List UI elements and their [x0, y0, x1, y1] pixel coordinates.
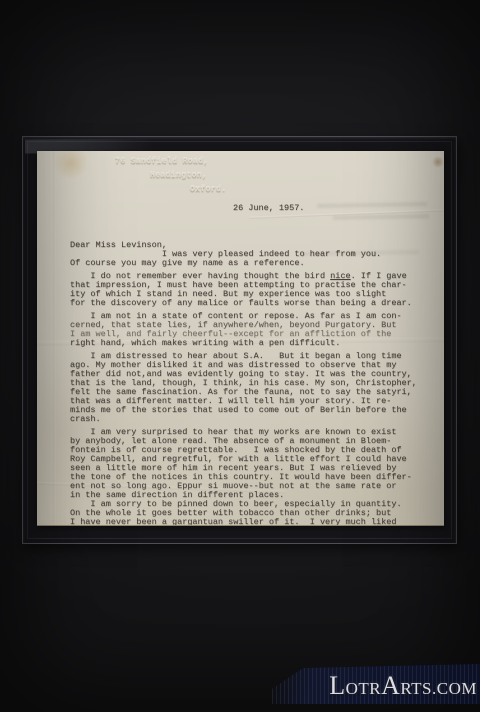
paragraph: Dear Miss Levinson, I was very pleased i… [70, 241, 438, 268]
ink-showthrough [333, 214, 429, 220]
photograph-stage: 76 Sandfield Road, Headington, Oxford. 2… [0, 0, 480, 720]
body-line: I am well, and fairly cheerful--except f… [70, 330, 438, 339]
letter-paper: 76 Sandfield Road, Headington, Oxford. 2… [37, 151, 444, 526]
watermark-text: LotrArts.com [329, 673, 477, 699]
body-line: Of course you may give my name as a refe… [70, 259, 438, 268]
watermark-text-part: L [329, 671, 345, 700]
ink-showthrough [317, 202, 427, 208]
watermark-text-part: otr [346, 679, 382, 698]
date-line: 26 June, 1957. [233, 203, 304, 213]
letter-body: Dear Miss Levinson, I was very pleased i… [70, 241, 438, 526]
paragraph: I am very surprised to hear that my work… [70, 428, 438, 526]
body-line: right hand, which makes writing with a p… [70, 339, 438, 348]
body-line: crash. [70, 415, 438, 424]
photo-background: 76 Sandfield Road, Headington, Oxford. 2… [0, 0, 480, 712]
watermark-text-part: rts.com [400, 679, 477, 698]
letterhead-address-line: 76 Sandfield Road, [115, 157, 209, 166]
paragraph: I am distressed to hear about S.A. But i… [70, 352, 438, 424]
body-line: for the discovery of any malice or fault… [70, 299, 438, 308]
watermark: LotrArts.com [272, 664, 480, 704]
watermark-text-part: A [381, 671, 400, 700]
page-bottom-strip [0, 712, 480, 720]
paper-crease [53, 151, 56, 526]
letterhead-address-line: Headington, [150, 171, 207, 180]
paragraph: I do not remember ever having thought th… [70, 272, 438, 308]
letterhead-address-line: Oxford. [190, 185, 226, 194]
body-line: minds me of the stories that used to com… [70, 406, 438, 415]
body-line: I have never been a gargantuan swiller o… [70, 518, 438, 526]
paragraph: I am not in a state of content or repose… [70, 312, 438, 348]
